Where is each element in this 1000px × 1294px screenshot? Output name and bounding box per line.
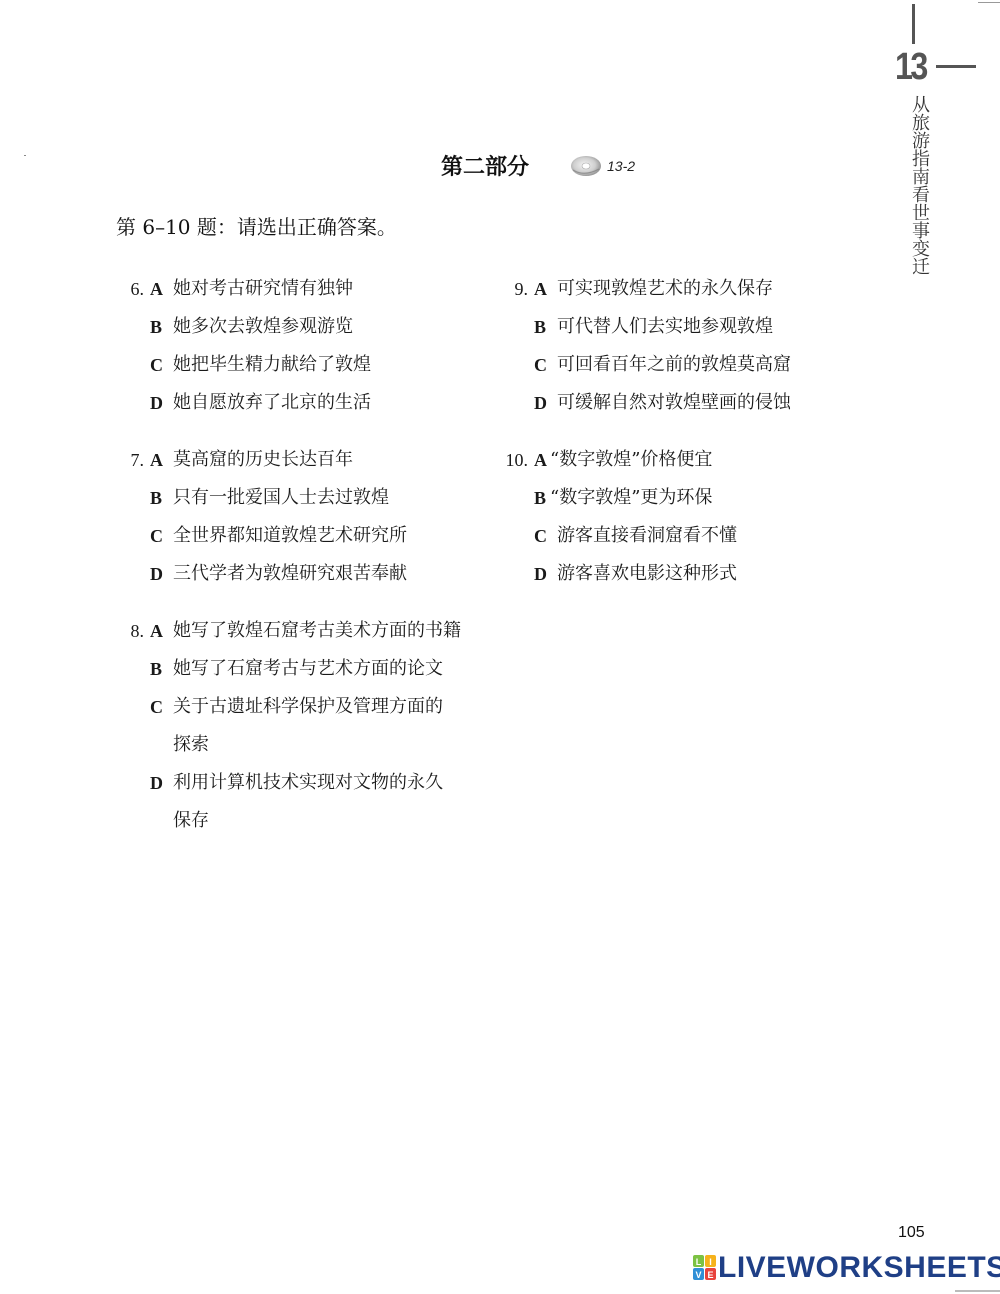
option-text-continued[interactable]: 探索 (173, 726, 209, 764)
option-text[interactable]: 游客直接看洞窟看不懂 (557, 517, 737, 555)
option-letter[interactable]: B (534, 479, 546, 517)
option-text[interactable]: 游客喜欢电影这种形式 (557, 555, 737, 593)
option-text[interactable]: 利用计算机技术实现对文物的永久 (173, 764, 443, 802)
liveworksheets-brand[interactable]: LIVEWORKSHEETS (718, 1250, 1000, 1286)
option-letter[interactable]: B (150, 308, 162, 346)
question-8: 8.A她写了敦煌石窟考古美术方面的书籍 B她写了石窟考古与艺术方面的论文 C关于… (116, 612, 496, 840)
option-letter[interactable]: D (150, 555, 163, 593)
question-9: 9.A可实现敦煌艺术的永久保存 B可代替人们去实地参观敦煌 C可回看百年之前的敦… (500, 270, 840, 422)
option-letter[interactable]: C (150, 517, 163, 555)
option-text[interactable]: 她把毕生精力献给了敦煌 (173, 346, 371, 384)
chapter-divider-vertical (912, 4, 915, 44)
option-text[interactable]: 她自愿放弃了北京的生活 (173, 384, 371, 422)
option-letter[interactable]: A (150, 270, 163, 308)
question-number: 7. (116, 441, 144, 479)
option-text[interactable]: 可实现敦煌艺术的永久保存 (557, 270, 773, 308)
option-text[interactable]: 可代替人们去实地参观敦煌 (557, 308, 773, 346)
scan-mark (24, 155, 26, 156)
option-letter[interactable]: C (150, 688, 163, 726)
option-letter[interactable]: A (534, 270, 547, 308)
section-title: 第二部分 (441, 150, 529, 181)
svg-text:I: I (709, 1257, 712, 1267)
page-number: 105 (898, 1224, 925, 1242)
audio-track-label: 13-2 (607, 158, 635, 174)
question-number: 9. (500, 270, 528, 308)
svg-text:L: L (696, 1257, 702, 1267)
chapter-number: 13 (895, 48, 926, 86)
option-letter[interactable]: A (534, 441, 547, 479)
option-text[interactable]: 可回看百年之前的敦煌莫高窟 (557, 346, 791, 384)
page-edge-line (978, 2, 1000, 3)
liveworksheets-logo-icon[interactable]: L I V E (693, 1255, 717, 1281)
cd-disc-icon[interactable] (570, 155, 602, 177)
option-letter[interactable]: C (534, 346, 547, 384)
option-text[interactable]: 三代学者为敦煌研究艰苦奉献 (173, 555, 407, 593)
option-letter[interactable]: B (534, 308, 546, 346)
option-text[interactable]: 全世界都知道敦煌艺术研究所 (173, 517, 407, 555)
option-letter[interactable]: D (534, 384, 547, 422)
option-letter[interactable]: C (150, 346, 163, 384)
option-letter[interactable]: D (150, 384, 163, 422)
question-number: 6. (116, 270, 144, 308)
option-text[interactable]: 莫高窟的历史长达百年 (173, 441, 353, 479)
question-number: 10. (500, 441, 528, 479)
option-text[interactable]: 可缓解自然对敦煌壁画的侵蚀 (557, 384, 791, 422)
option-letter[interactable]: D (150, 764, 163, 802)
question-number: 8. (116, 612, 144, 650)
option-letter[interactable]: A (150, 612, 163, 650)
option-text[interactable]: 关于古遗址科学保护及管理方面的 (173, 688, 443, 726)
option-text[interactable]: 她多次去敦煌参观游览 (173, 308, 353, 346)
option-text-continued[interactable]: 保存 (173, 802, 209, 840)
option-text[interactable]: 她写了敦煌石窟考古美术方面的书籍 (173, 612, 461, 650)
chapter-divider-horizontal (936, 65, 976, 68)
option-text[interactable]: “数字敦煌”价格便宜 (550, 441, 712, 479)
chapter-title: 从旅游指南看世事变迁 (899, 95, 929, 275)
svg-text:V: V (695, 1270, 701, 1280)
svg-text:E: E (707, 1270, 713, 1280)
question-7: 7.A莫高窟的历史长达百年 B只有一批爱国人士去过敦煌 C全世界都知道敦煌艺术研… (116, 441, 496, 593)
question-10: 10.A“数字敦煌”价格便宜 B“数字敦煌”更为环保 C游客直接看洞窟看不懂 D… (500, 441, 840, 593)
option-letter[interactable]: A (150, 441, 163, 479)
instructions: 第 6–10 题：请选出正确答案。 (116, 211, 397, 240)
option-letter[interactable]: B (150, 479, 162, 517)
option-text[interactable]: 她写了石窟考古与艺术方面的论文 (173, 650, 443, 688)
option-text[interactable]: 只有一批爱国人士去过敦煌 (173, 479, 389, 517)
option-text[interactable]: “数字敦煌”更为环保 (550, 479, 712, 517)
question-6: 6.A她对考古研究情有独钟 B她多次去敦煌参观游览 C她把毕生精力献给了敦煌 D… (116, 270, 496, 422)
option-text[interactable]: 她对考古研究情有独钟 (173, 270, 353, 308)
option-letter[interactable]: C (534, 517, 547, 555)
option-letter[interactable]: B (150, 650, 162, 688)
option-letter[interactable]: D (534, 555, 547, 593)
footer-edge-line (955, 1290, 1000, 1292)
